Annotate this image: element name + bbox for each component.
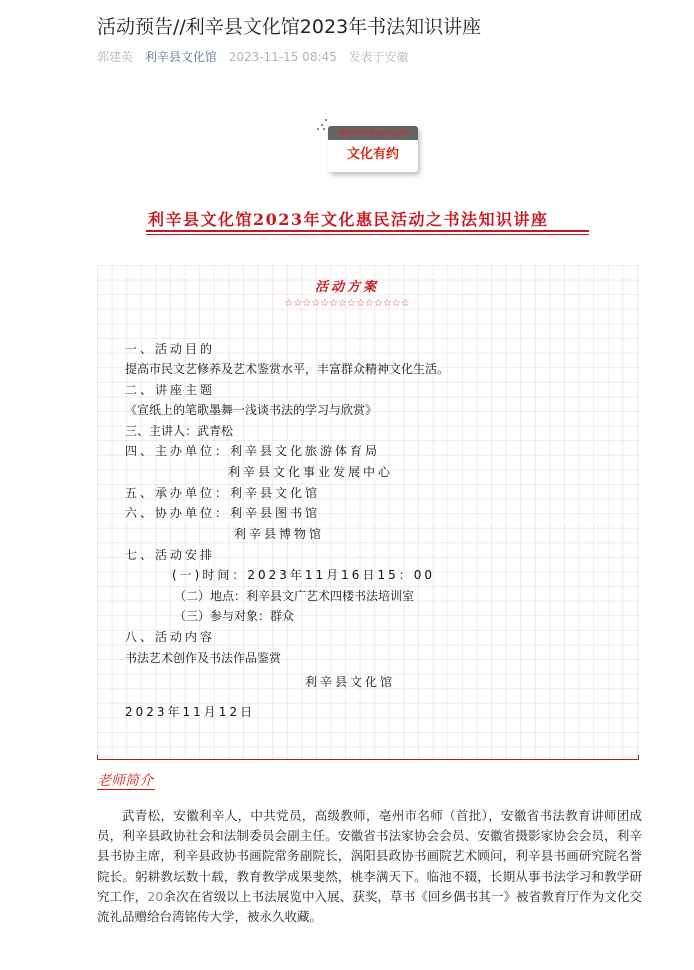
plan-signature: 利辛县文化馆 — [305, 673, 395, 690]
grid-corner-right — [638, 755, 639, 760]
plan-line: 利辛县博物馆 — [234, 525, 324, 542]
author-name: 郭建英 — [97, 50, 133, 64]
grid-bottom-border — [97, 759, 639, 760]
article-meta: 郭建英 利辛县文化馆 2023-11-15 08:45 发表于安徽 — [97, 48, 417, 65]
plan-line: 四、主办单位：利辛县文化旅游体育局 — [125, 442, 380, 459]
plan-line: 书法艺术创作及书法作品鉴赏 — [125, 649, 281, 666]
plan-line: 一、活动目的 — [125, 340, 215, 357]
badge-pinyin: wenhuayouyue — [328, 126, 418, 140]
star-divider: ☆☆☆☆☆☆☆☆☆☆☆☆☆☆ — [0, 298, 694, 309]
plan-line: 八、活动内容 — [125, 628, 215, 645]
plan-line: 六、协办单位：利辛县图书馆 — [125, 504, 320, 521]
plan-line: 三、主讲人：武青松 — [125, 422, 233, 439]
badge-label: 文化有约 — [328, 140, 418, 170]
grid-corner-left — [97, 755, 98, 760]
publish-date: 2023-11-15 08:45 — [229, 50, 337, 64]
publish-location: 发表于安徽 — [349, 50, 409, 64]
plan-line: (一)时间：2023年11月16日15：00 — [172, 566, 435, 583]
account-link[interactable]: 利辛县文化馆 — [145, 50, 217, 64]
plan-line: 二、讲座主题 — [125, 381, 215, 398]
bio-text: 余次在省级以上书法展览中入展、获奖，草书《回乡偶书其一》被省教育厅作为文化交流礼… — [97, 889, 642, 924]
bio-number: 20 — [147, 889, 163, 904]
plan-line: 五、承办单位：利辛县文化馆 — [125, 484, 320, 501]
teacher-bio: 武青松，安徽利辛人，中共党员，高级教师，亳州市名师（首批），安徽省书法教育讲师团… — [97, 806, 642, 927]
plan-line: （二）地点：利辛县文广艺术四楼书法培训室 — [174, 587, 414, 604]
plan-line: 提高市民文艺修养及艺术鉴赏水平，丰富群众精神文化生活。 — [125, 360, 449, 377]
plan-line: （三）参与对象：群众 — [174, 607, 294, 624]
teacher-heading-underline — [97, 789, 155, 790]
culture-badge: wenhuayouyue 文化有约 — [328, 126, 418, 172]
plan-line: 《宣纸上的笔歌墨舞一浅谈书法的学习与欣赏》 — [125, 401, 377, 418]
plan-date: 2023年11月12日 — [125, 703, 255, 720]
title-underline-thin — [146, 234, 589, 235]
plan-line: 利辛县文化事业发展中心 — [228, 463, 393, 480]
article-title: 活动预告//利辛县文化馆2023年书法知识讲座 — [97, 12, 481, 39]
title-underline — [146, 230, 589, 232]
teacher-heading: 老师简介 — [97, 770, 153, 790]
plan-line: 七、活动安排 — [125, 546, 215, 563]
plan-heading: 活动方案 — [0, 276, 694, 295]
event-title: 利辛县文化馆2023年文化惠民活动之书法知识讲座 — [148, 207, 549, 230]
